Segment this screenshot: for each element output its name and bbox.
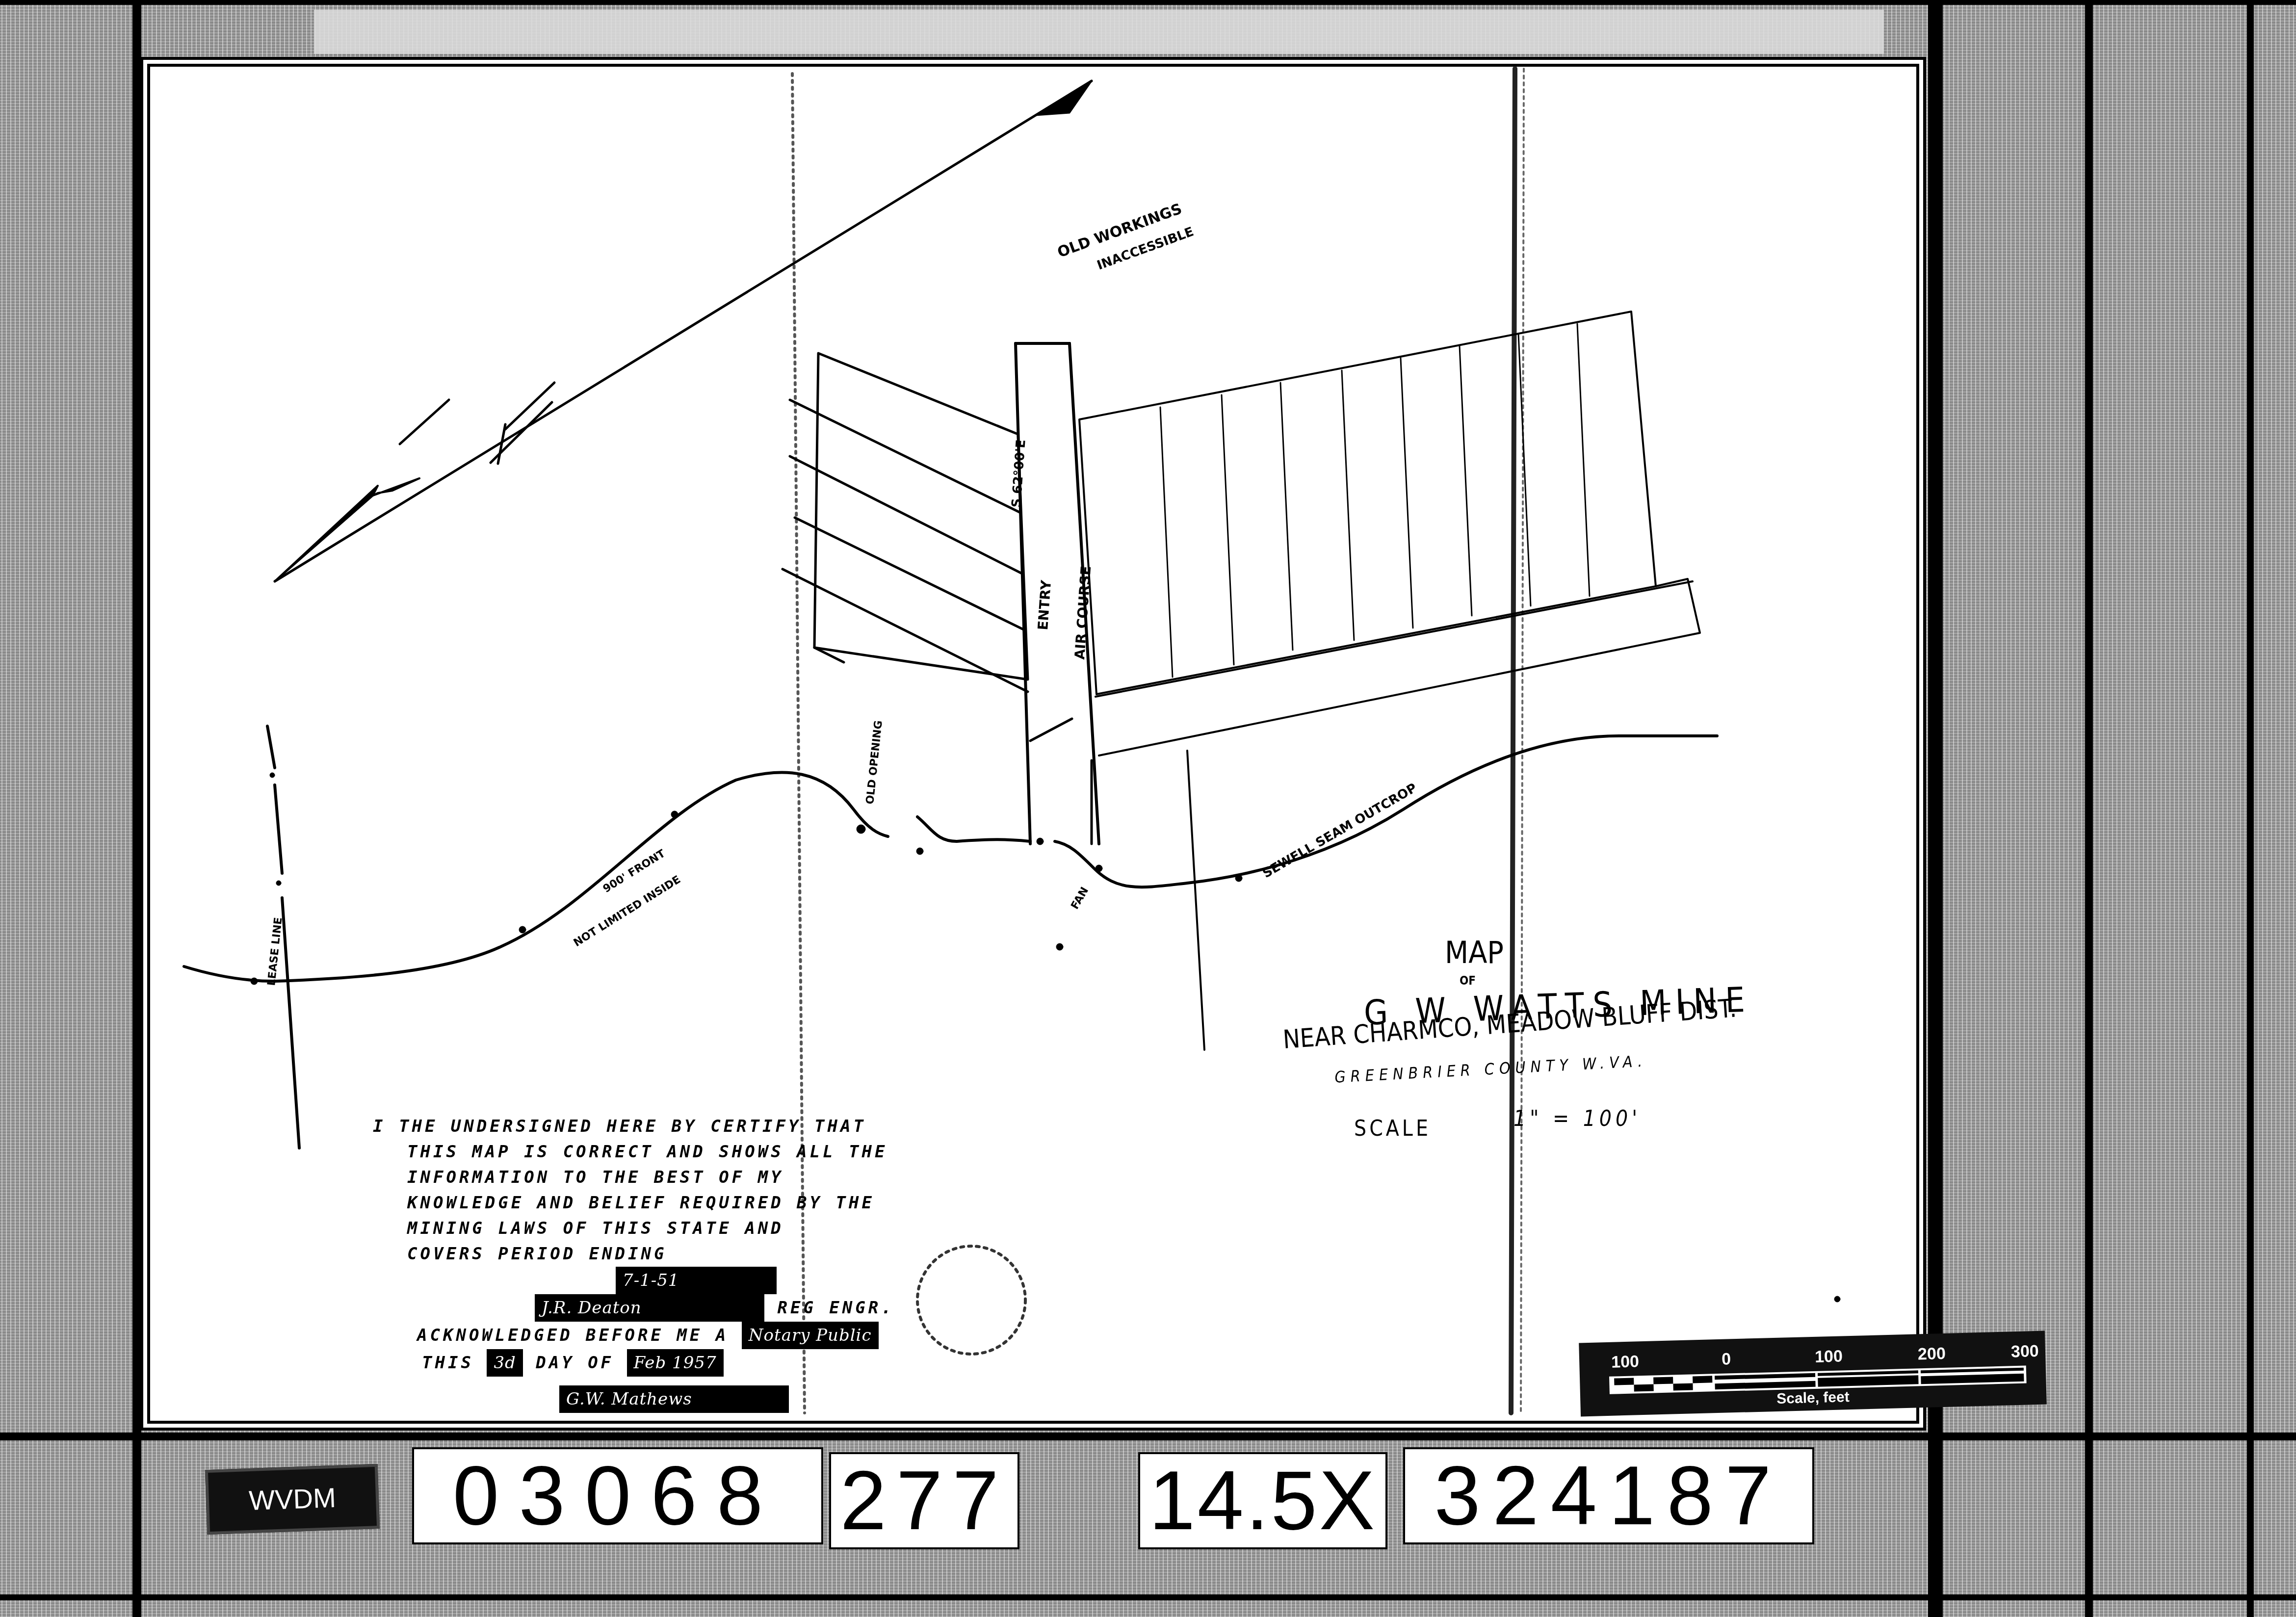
not-limited-label: NOT LIMITED INSIDE: [572, 873, 683, 949]
agency-tag: WVDM: [205, 1464, 380, 1535]
day-of-label: DAY OF: [536, 1353, 614, 1373]
archive-tag-size: 14.5X: [1138, 1452, 1387, 1549]
scale-tick-label: 100: [1611, 1352, 1640, 1372]
cert-line: COVERS PERIOD ENDING: [407, 1241, 913, 1267]
archive-tag-frame: 277: [829, 1452, 1019, 1549]
cert-line: KNOWLEDGE AND BELIEF REQUIRED BY THE: [407, 1190, 913, 1216]
scale-tick-label: 200: [1918, 1344, 1946, 1364]
title-of: OF: [1460, 974, 1476, 988]
scale-tick-label: 300: [2010, 1342, 2039, 1361]
cert-line: I THE UNDERSIGNED HERE BY CERTIFY THAT: [373, 1114, 913, 1139]
this-label: THIS: [422, 1353, 474, 1373]
entry-label: ENTRY: [1035, 579, 1054, 631]
acknowledged-label: ACKNOWLEDGED BEFORE ME A: [417, 1326, 729, 1345]
title-map: MAP: [1445, 935, 1504, 970]
cert-line: INFORMATION TO THE BEST OF MY: [407, 1165, 913, 1190]
cert-line: THIS MAP IS CORRECT AND SHOWS ALL THE: [407, 1139, 913, 1165]
acknowledged-title: Notary Public: [742, 1322, 879, 1349]
diagonal-property-line: [275, 81, 1092, 581]
certification-block: I THE UNDERSIGNED HERE BY CERTIFY THAT T…: [373, 1114, 913, 1413]
period-ending-value: 7-1-51: [616, 1267, 777, 1294]
notary-signature: G.W. Mathews: [559, 1385, 789, 1413]
lease-line-label: LEASE LINE: [265, 917, 285, 987]
scale-tick-label: 0: [1722, 1350, 1731, 1369]
fold-line: [1511, 69, 1515, 1413]
engineer-signature: J.R. Deaton: [535, 1294, 764, 1322]
outcrop-label: SEWELL SEAM OUTCROP: [1260, 781, 1420, 881]
fold-line: [1521, 69, 1524, 1413]
month-year-value: Feb 1957: [627, 1349, 724, 1377]
day-value: 3d: [487, 1349, 522, 1377]
scale-tick-label: 100: [1815, 1347, 1843, 1366]
fan-label: FAN: [1069, 885, 1092, 912]
engineer-suffix: REG ENGR.: [777, 1298, 894, 1318]
cert-line: MINING LAWS OF THIS STATE AND: [407, 1216, 913, 1241]
archive-tag-id: 324187: [1403, 1447, 1814, 1544]
bearing-label: S 62°00'E: [1009, 439, 1029, 508]
graphic-scale-bar: 100 0 100 200 300 Scale, feet: [1579, 1331, 2047, 1417]
old-opening-label: OLD OPENING: [864, 720, 885, 805]
scan-stage: OLD WORKINGS INACCESSIBLE S 62°00'E ENTR…: [0, 0, 2296, 1617]
title-scale-value: 1" = 100': [1513, 1106, 1641, 1131]
archive-tag-roll: 03068: [412, 1447, 823, 1544]
air-course-label: AIR COURSE: [1071, 565, 1094, 660]
title-scale-label: SCALE: [1354, 1116, 1431, 1141]
scale-units-label: Scale, feet: [1776, 1389, 1850, 1408]
